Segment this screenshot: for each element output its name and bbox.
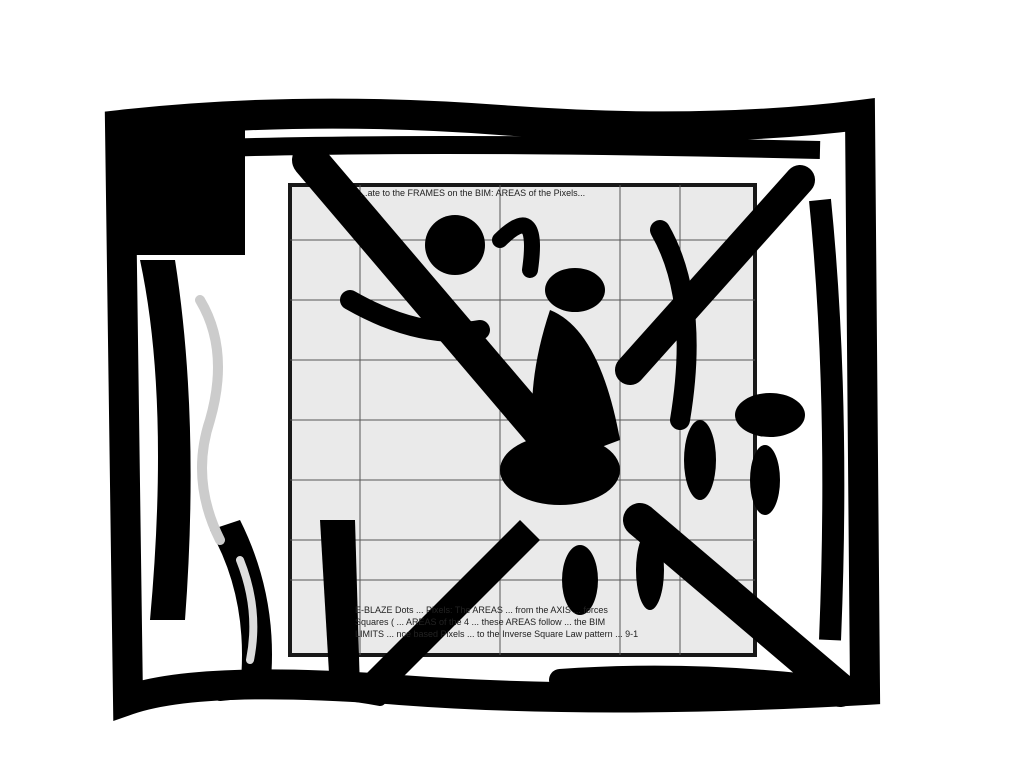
text-fragment-bottom-3: LIMITS ... nce based Pixels ... to the I…: [355, 629, 638, 639]
text-fragment-bottom-1: E-BLAZE Dots ... Pixels: The AREAS ... f…: [355, 605, 608, 615]
ink-artwork: [0, 0, 1024, 768]
text-fragment-bottom-2: Squares ( ... AREAS of the 4 ... these A…: [355, 617, 605, 627]
text-fragment-top: ...ate to the FRAMES on the BIM: AREAS o…: [360, 188, 585, 198]
